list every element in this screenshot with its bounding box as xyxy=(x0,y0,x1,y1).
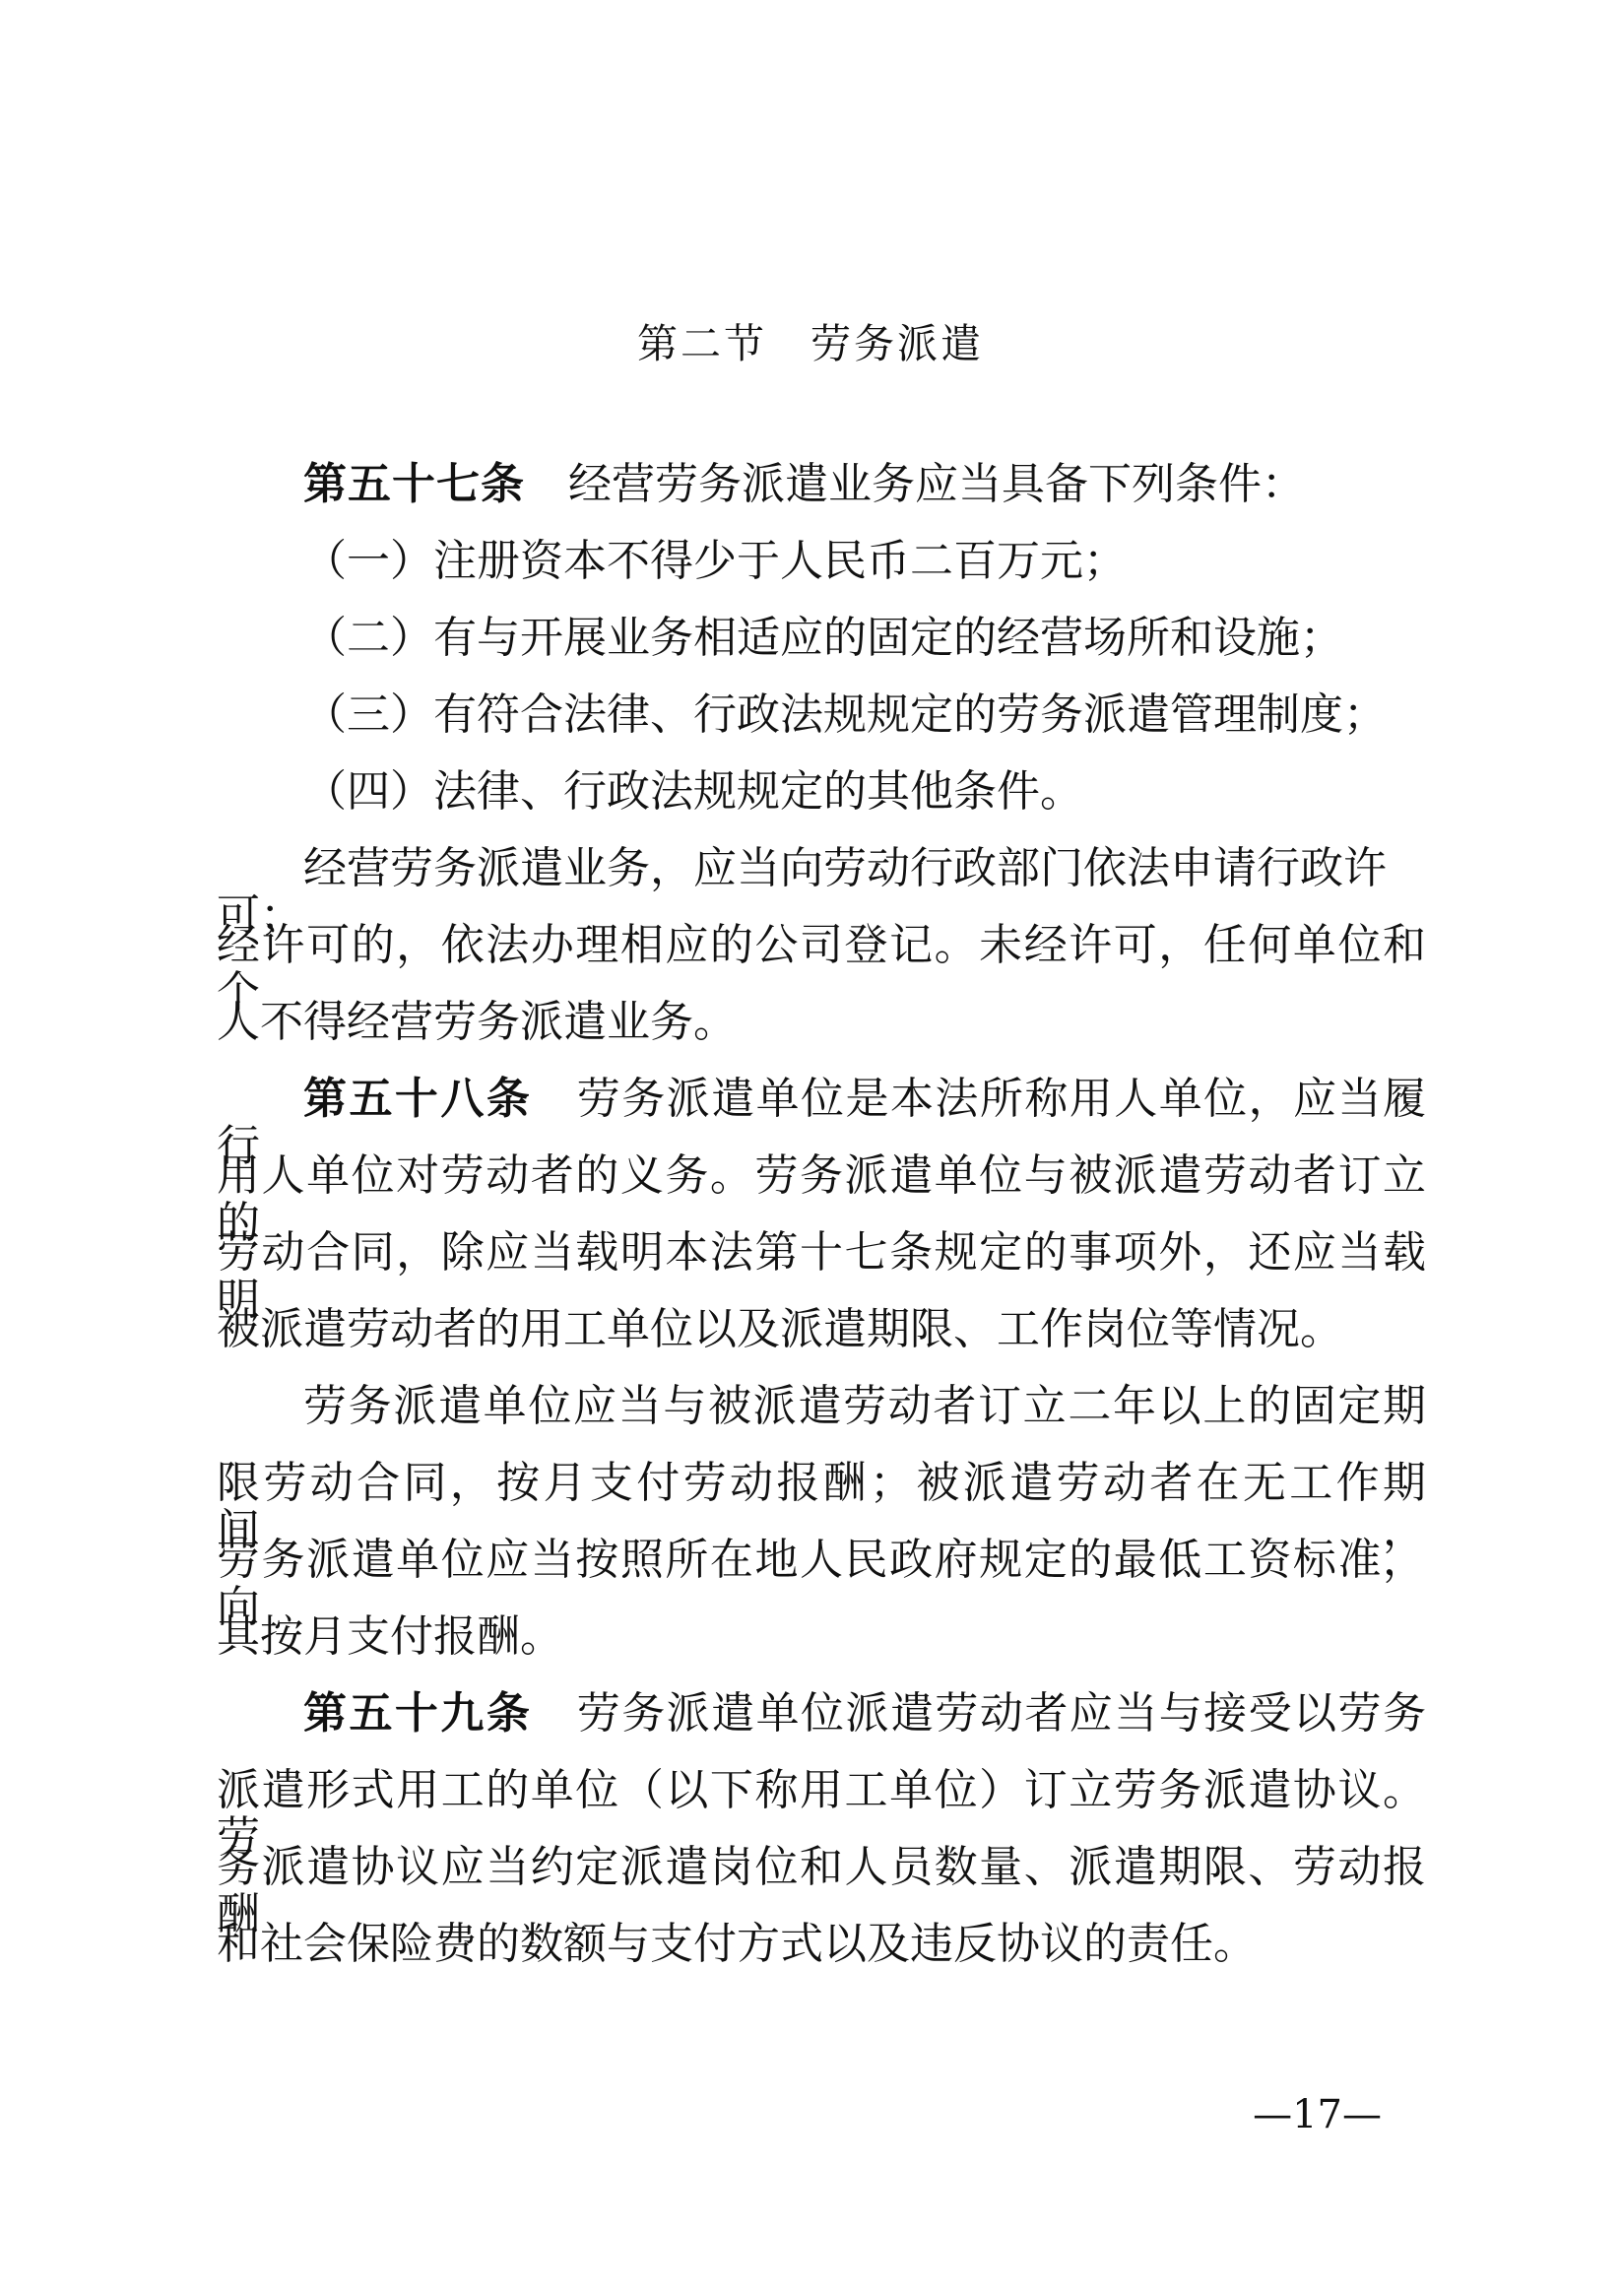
text-line: 和社会保险费的数额与支付方式以及违反协议的责任。 xyxy=(217,1921,1426,1970)
page-number: —17— xyxy=(1253,2092,1382,2137)
text-line: 人不得经营劳务派遣业务。 xyxy=(217,999,1426,1048)
text-line: 劳务派遣单位应当按照所在地人民政府规定的最低工资标准，向 xyxy=(217,1537,1426,1586)
article-57-number: 第五十七条 xyxy=(303,459,525,509)
text-line-para-start: 劳务派遣单位应当与被派遣劳动者订立二年以上的固定期 xyxy=(217,1383,1426,1432)
text-line: 限劳动合同，按月支付劳动报酬；被派遣劳动者在无工作期间， xyxy=(217,1460,1426,1509)
text-line-item-1: （一）注册资本不得少于人民币二百万元； xyxy=(217,538,1426,587)
text-line-article-59-intro: 第五十九条 劳务派遣单位派遣劳动者应当与接受以劳务 xyxy=(217,1690,1426,1739)
article-58-number: 第五十八条 xyxy=(303,1074,532,1124)
text-line-article-58-intro: 第五十八条 劳务派遣单位是本法所称用人单位，应当履行 xyxy=(217,1076,1426,1125)
text-line-para-start: 经营劳务派遣业务，应当向劳动行政部门依法申请行政许可； xyxy=(217,845,1426,894)
document-page: 第二节 劳务派遣 第五十七条 经营劳务派遣业务应当具备下列条件： （一）注册资本… xyxy=(0,0,1621,2296)
text-line-item-3: （三）有符合法律、行政法规规定的劳务派遣管理制度； xyxy=(217,691,1426,741)
text-line: 务派遣协议应当约定派遣岗位和人员数量、派遣期限、劳动报酬 xyxy=(217,1844,1426,1893)
text-line-item-2: （二）有与开展业务相适应的固定的经营场所和设施； xyxy=(217,615,1426,664)
text-line: 经许可的，依法办理相应的公司登记。未经许可，任何单位和个 xyxy=(217,922,1426,971)
text-line-article-57-intro: 第五十七条 经营劳务派遣业务应当具备下列条件： xyxy=(217,461,1426,510)
text-line-item-4: （四）法律、行政法规规定的其他条件。 xyxy=(217,768,1426,818)
text-line: 派遣形式用工的单位（以下称用工单位）订立劳务派遣协议。劳 xyxy=(217,1767,1426,1816)
text-line: 用人单位对劳动者的义务。劳务派遣单位与被派遣劳动者订立的 xyxy=(217,1152,1426,1202)
section-title: 第二节 劳务派遣 xyxy=(0,311,1621,369)
text-line: 被派遣劳动者的用工单位以及派遣期限、工作岗位等情况。 xyxy=(217,1306,1426,1355)
article-59-intro-text: 劳务派遣单位派遣劳动者应当与接受以劳务 xyxy=(532,1688,1426,1738)
text-line: 劳动合同，除应当载明本法第十七条规定的事项外，还应当载明 xyxy=(217,1229,1426,1279)
article-59-number: 第五十九条 xyxy=(303,1688,532,1738)
text-line: 其按月支付报酬。 xyxy=(217,1613,1426,1663)
article-57-intro-text: 经营劳务派遣业务应当具备下列条件： xyxy=(525,459,1305,509)
